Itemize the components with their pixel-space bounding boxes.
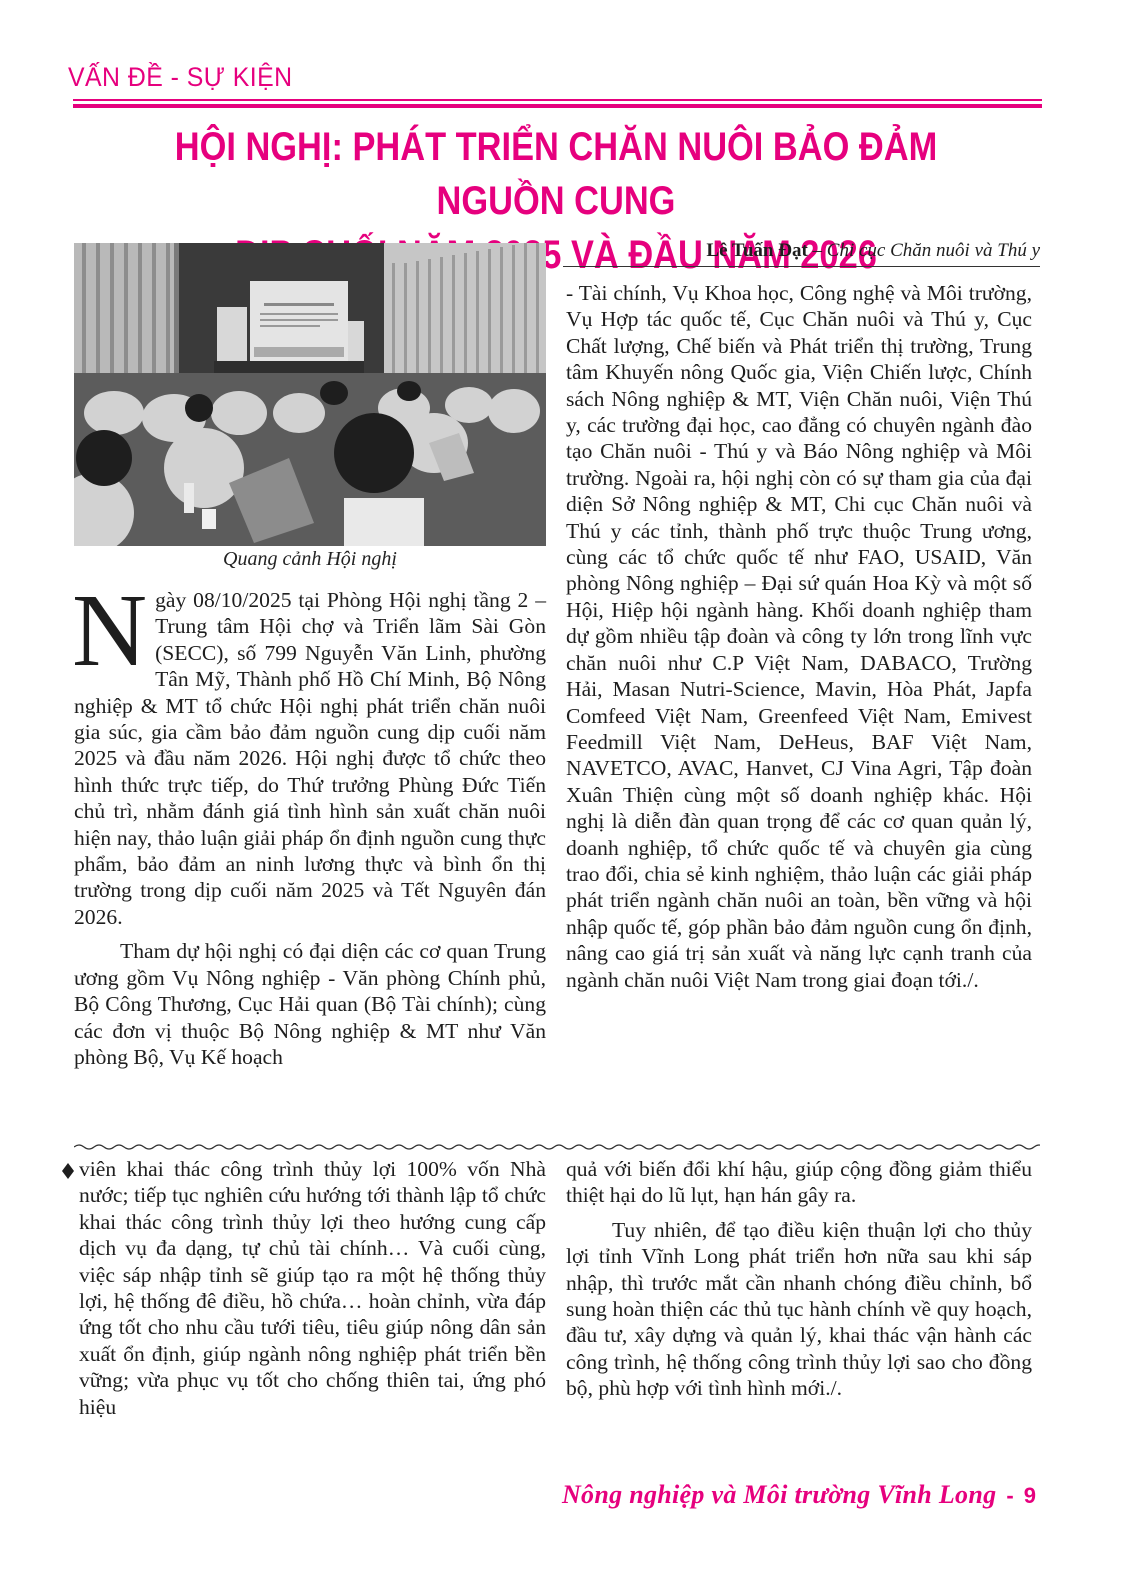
page-number: 9 <box>1024 1483 1036 1508</box>
header-rule-thin <box>73 99 1042 101</box>
section-label: VẤN ĐỀ - SỰ KIỆN <box>68 62 293 93</box>
conference-photo-image <box>74 243 546 546</box>
header-rule-thick <box>73 104 1042 108</box>
continued-column-right: quả với biến đổi khí hậu, giúp cộng đồng… <box>566 1156 1032 1402</box>
byline: Lê Tuấn Đạt – Chi cục Chăn nuôi và Thú y <box>706 240 1040 262</box>
footer-separator: - <box>1006 1483 1013 1508</box>
continued-left-text: viên khai thác công trình thủy lợi 100% … <box>79 1156 546 1420</box>
article-paragraph-2-continued: - Tài chính, Vụ Khoa học, Công nghệ và M… <box>566 280 1032 993</box>
drop-cap: N <box>72 593 147 673</box>
author-name: Lê Tuấn Đạt <box>706 240 807 261</box>
headline-line-1: HỘI NGHỊ: PHÁT TRIỂN CHĂN NUÔI BẢO ĐẢM N… <box>129 120 982 228</box>
author-organization: Chi cục Chăn nuôi và Thú y <box>827 240 1040 261</box>
article-column-right: - Tài chính, Vụ Khoa học, Công nghệ và M… <box>566 280 1032 993</box>
article-paragraph-1: Ngày 08/10/2025 tại Phòng Hội nghị tầng … <box>74 587 546 930</box>
article-paragraph-2: Tham dự hội nghị có đại diện các cơ quan… <box>74 938 546 1070</box>
byline-dash: – <box>808 240 827 261</box>
photo-caption: Quang cảnh Hội nghị <box>74 548 546 571</box>
page-footer: Nông nghiệp và Môi trường Vĩnh Long - 9 <box>562 1480 1036 1510</box>
continued-right-paragraph-1: quả với biến đổi khí hậu, giúp cộng đồng… <box>566 1156 1032 1209</box>
article-column-left: Ngày 08/10/2025 tại Phòng Hội nghị tầng … <box>74 587 546 1070</box>
wavy-line-icon <box>74 1142 1040 1152</box>
wavy-divider <box>74 1142 1040 1152</box>
continued-column-left: viên khai thác công trình thủy lợi 100% … <box>79 1156 546 1420</box>
continued-right-paragraph-2: Tuy nhiên, để tạo điều kiện thuận lợi ch… <box>566 1217 1032 1402</box>
conference-photo <box>74 243 546 546</box>
continuation-diamond-icon <box>62 1163 74 1179</box>
byline-rule <box>563 266 1040 267</box>
magazine-name: Nông nghiệp và Môi trường Vĩnh Long <box>562 1480 996 1509</box>
